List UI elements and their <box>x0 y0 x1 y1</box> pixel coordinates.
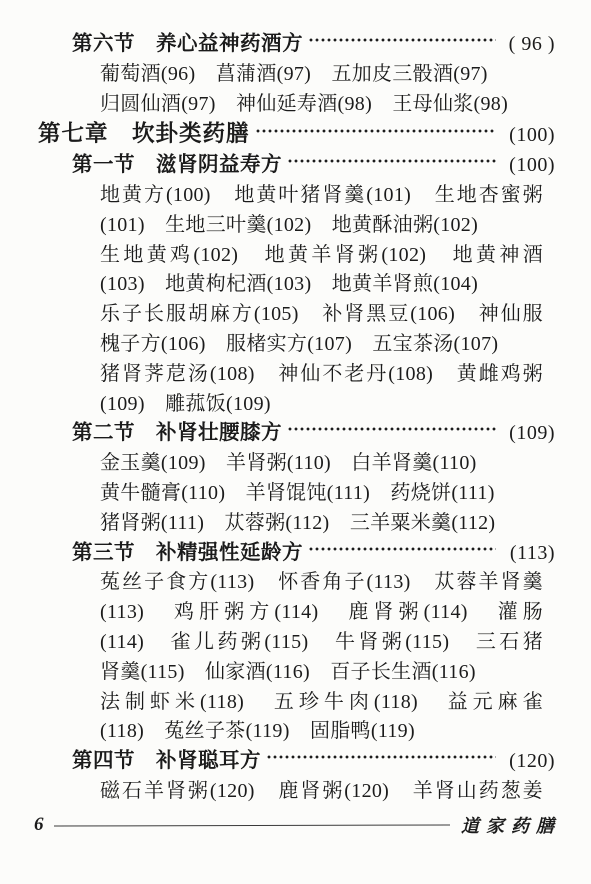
toc-item-line: 法制虾米(118) 五珍牛肉(118) 益元麻雀 <box>0 688 591 718</box>
toc-chapter-row: 第七章 坎卦类药膳(100) <box>0 119 591 151</box>
toc-item-line: 猪肾荠苨汤(108) 神仙不老丹(108) 黄雌鸡粥 <box>0 360 591 390</box>
toc-item-line: (118) 菟丝子茶(119) 固脂鸭(119) <box>0 717 591 747</box>
toc-item-line: (109) 雕菰饭(109) <box>0 390 591 420</box>
toc-page-number: (120) <box>499 747 555 777</box>
section-title: 第四节 补肾聪耳方 <box>72 747 261 777</box>
toc-item-line: 黄牛髓膏(110) 羊肾馄饨(111) 药烧饼(111) <box>0 479 591 509</box>
toc-page-number: (100) <box>499 121 555 151</box>
toc-item-line: (103) 地黄枸杞酒(103) 地黄羊肾煎(104) <box>0 270 591 300</box>
chapter-title: 第七章 坎卦类药膳 <box>38 119 250 149</box>
toc-item-line: 地黄方(100) 地黄叶猪肾羹(101) 生地杏蜜粥 <box>0 181 591 211</box>
toc-page-number: (109) <box>499 419 555 449</box>
dotted-leader <box>287 151 496 171</box>
toc-item-line: 葡萄酒(96) 菖蒲酒(97) 五加皮三骰酒(97) <box>0 60 591 90</box>
toc-item-line: 肾羹(115) 仙家酒(116) 百子长生酒(116) <box>0 658 591 688</box>
folio-page-number: 6 <box>34 814 44 836</box>
section-title: 第一节 滋肾阴益寿方 <box>72 151 282 181</box>
dotted-leader <box>308 539 496 559</box>
toc-item-line: 猪肾粥(111) 苁蓉粥(112) 三羊粟米羹(112) <box>0 509 591 539</box>
toc-section-row: 第六节 养心益神药酒方( 96 ) <box>0 30 591 60</box>
dotted-leader <box>266 747 496 767</box>
toc-section-row: 第三节 补精强性延龄方(113) <box>0 539 591 569</box>
toc-page-number: (113) <box>499 539 555 569</box>
toc-item-line: 槐子方(106) 服楮实方(107) 五宝茶汤(107) <box>0 330 591 360</box>
toc-list: 第六节 养心益神药酒方( 96 )葡萄酒(96) 菖蒲酒(97) 五加皮三骰酒(… <box>0 0 591 807</box>
toc-section-row: 第一节 滋肾阴益寿方(100) <box>0 151 591 181</box>
dotted-leader <box>308 30 496 50</box>
toc-item-line: (101) 生地三叶羹(102) 地黄酥油粥(102) <box>0 211 591 241</box>
toc-page-number: ( 96 ) <box>499 30 555 60</box>
dotted-leader <box>255 121 496 141</box>
toc-item-line: 归圆仙酒(97) 神仙延寿酒(98) 王母仙浆(98) <box>0 90 591 120</box>
page-footer: 6 道家药膳 <box>0 812 591 838</box>
toc-item-line: 金玉羹(109) 羊肾粥(110) 白羊肾羹(110) <box>0 449 591 479</box>
footer-book-title: 道家药膳 <box>461 812 561 838</box>
toc-section-row: 第二节 补肾壮腰膝方(109) <box>0 419 591 449</box>
toc-item-line: 生地黄鸡(102) 地黄羊肾粥(102) 地黄神酒 <box>0 241 591 271</box>
section-title: 第二节 补肾壮腰膝方 <box>72 419 282 449</box>
toc-page-number: (100) <box>499 151 555 181</box>
toc-item-line: 菟丝子食方(113) 怀香角子(113) 苁蓉羊肾羹 <box>0 568 591 598</box>
toc-item-line: 磁石羊肾粥(120) 鹿肾粥(120) 羊肾山药葱姜 <box>0 777 591 807</box>
toc-item-line: (114) 雀儿药粥(115) 牛肾粥(115) 三石猪 <box>0 628 591 658</box>
toc-item-line: 乐子长服胡麻方(105) 补肾黑豆(106) 神仙服 <box>0 300 591 330</box>
section-title: 第六节 养心益神药酒方 <box>72 30 303 60</box>
section-title: 第三节 补精强性延龄方 <box>72 539 303 569</box>
dotted-leader <box>287 419 496 439</box>
footer-rule <box>53 824 449 826</box>
book-page: 第六节 养心益神药酒方( 96 )葡萄酒(96) 菖蒲酒(97) 五加皮三骰酒(… <box>0 0 591 884</box>
toc-section-row: 第四节 补肾聪耳方(120) <box>0 747 591 777</box>
toc-item-line: (113) 鸡肝粥方(114) 鹿肾粥(114) 灌肠 <box>0 598 591 628</box>
